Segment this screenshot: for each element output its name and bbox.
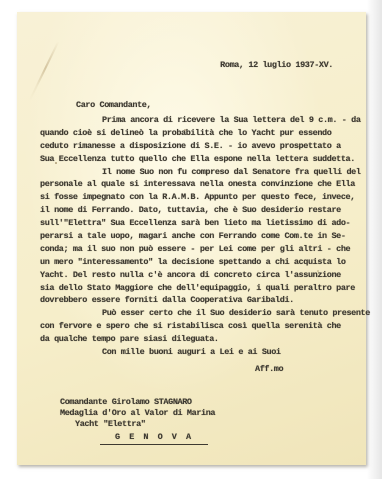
letter-body-line: conda; ma il suo non può essere - per Le… (40, 243, 370, 256)
recipient-city-line: G E N O V A (60, 431, 215, 444)
letter-body-line: Sua Eccellenza tutto quello che Ella esp… (40, 153, 370, 166)
letter-body-line: un mero "interessamento" la decisione sp… (40, 256, 370, 269)
recipient-honor: Medaglia d'Oro al Valor di Marina (60, 408, 215, 419)
letter-body-line: Può esser certo che il Suo desiderio sar… (40, 307, 370, 320)
signoff: Aff.mo (255, 364, 283, 374)
letter-body: Prima ancora di ricevere la Sua lettera … (40, 114, 370, 359)
salutation: Caro Comandante, (76, 100, 151, 110)
paper-crease (29, 41, 60, 101)
letter-body-line: personale al quale si interessava nella … (40, 178, 370, 191)
letter-body-line: perarsi a tale uopo, magari anche con Fe… (40, 230, 370, 243)
letter-body-line: il nome di Ferrando. Dato, tuttavia, che… (40, 204, 370, 217)
letter-body-line: Il nome Suo non fu compreso dal Senatore… (40, 166, 370, 179)
letter-body-line: si fosse impegnato con la R.A.M.B. Appun… (40, 191, 370, 204)
letter-body-line: quando cioè si delineò la probabilità ch… (40, 127, 370, 140)
letter-body-line: Con mille buoni auguri a Lei e ai Suoi (40, 346, 370, 359)
letter-body-line: sia dello Stato Maggiore che dell'equipa… (40, 282, 370, 295)
letter-scan: Roma, 12 luglio 1937-XV. Caro Comandante… (0, 0, 382, 479)
letter-body-line: Yacht. Del resto nulla c'è ancora di con… (40, 269, 370, 282)
recipient-yacht: Yacht "Elettra" (60, 419, 215, 430)
recipient-name: Comandante Girolamo STAGNARO (60, 397, 215, 408)
recipient-city: G E N O V A (100, 432, 208, 445)
letter-body-line: sull'"Elettra" Sua Eccellenza sarà ben l… (40, 217, 370, 230)
letter-body-line: dovrebbero essere forniti dalla Cooperat… (40, 294, 370, 307)
letter-paper: Roma, 12 luglio 1937-XV. Caro Comandante… (17, 12, 366, 465)
letter-body-line: da qualche tempo pare siasi dileguata. (40, 333, 370, 346)
letter-body-line: con fervore e spero che si ristabilisca … (40, 320, 370, 333)
dateline: Roma, 12 luglio 1937-XV. (220, 60, 333, 70)
letter-body-line: ceduto rimanesse a disposizione di S.E. … (40, 140, 370, 153)
letter-body-line: Prima ancora di ricevere la Sua lettera … (40, 114, 370, 127)
recipient-block: Comandante Girolamo STAGNARO Medaglia d'… (60, 397, 215, 443)
